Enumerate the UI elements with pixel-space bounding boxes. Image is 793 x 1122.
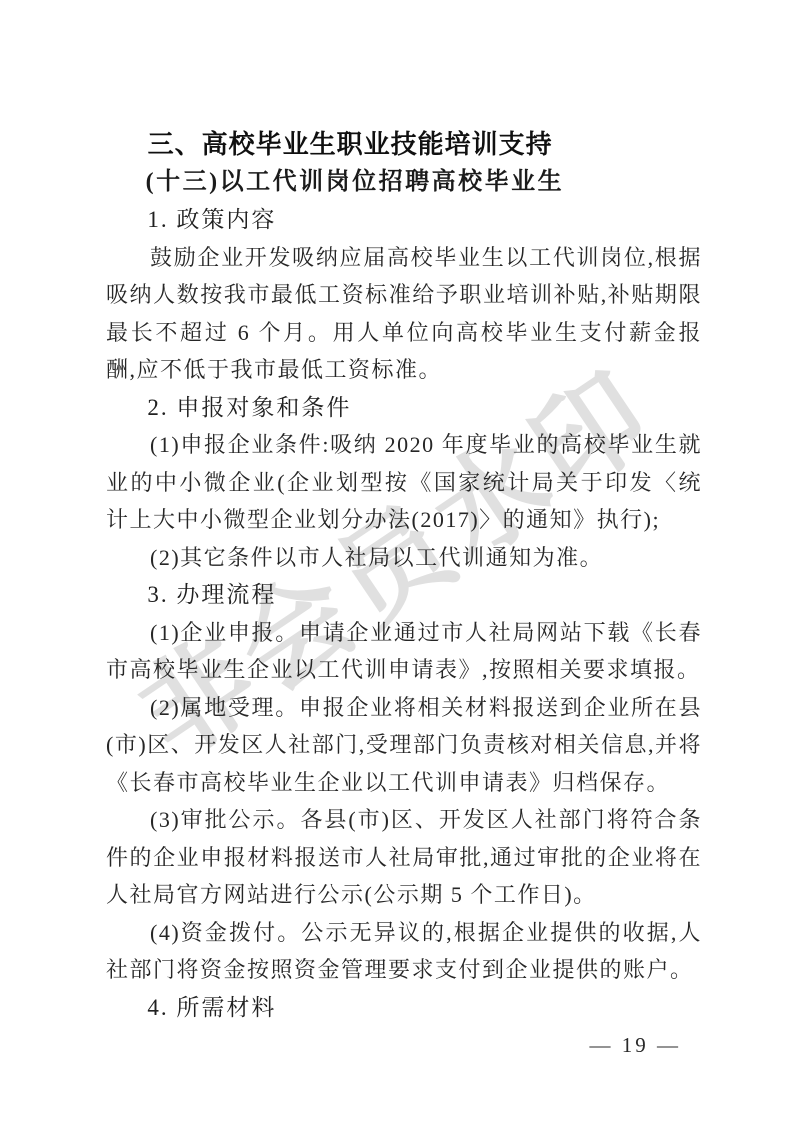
paragraph-process-step-4-payment: (4)资金拨付。公示无异议的,根据企业提供的收据,人社部门将资金按照资金管理要求…	[106, 914, 702, 989]
item-2-application-targets: 2. 申报对象和条件	[106, 389, 702, 427]
subsection-heading: (十三)以工代训岗位招聘高校毕业生	[106, 164, 702, 202]
section-heading: 三、高校毕业生职业技能培训支持	[106, 126, 702, 164]
document-page: 非会员水印 三、高校毕业生职业技能培训支持 (十三)以工代训岗位招聘高校毕业生 …	[0, 0, 793, 1122]
paragraph-application-condition-2: (2)其它条件以市人社局以工代训通知为准。	[106, 539, 702, 577]
paragraph-process-step-3-review: (3)审批公示。各县(市)区、开发区人社部门将符合条件的企业申报材料报送市人社局…	[106, 801, 702, 914]
paragraph-application-condition-1: (1)申报企业条件:吸纳 2020 年度毕业的高校毕业生就业的中小微企业(企业划…	[106, 426, 702, 539]
item-4-required-materials: 4. 所需材料	[106, 989, 702, 1027]
document-content: 三、高校毕业生职业技能培训支持 (十三)以工代训岗位招聘高校毕业生 1. 政策内…	[106, 126, 702, 1026]
paragraph-process-step-1-declare: (1)企业申报。申请企业通过市人社局网站下载《长春市高校毕业生企业以工代训申请表…	[106, 614, 702, 689]
paragraph-policy-content: 鼓励企业开发吸纳应届高校毕业生以工代训岗位,根据吸纳人数按我市最低工资标准给予职…	[106, 239, 702, 389]
item-3-process: 3. 办理流程	[106, 576, 702, 614]
item-1-policy-content: 1. 政策内容	[106, 201, 702, 239]
page-number: — 19 —	[590, 1033, 682, 1058]
paragraph-process-step-2-accept: (2)属地受理。申报企业将相关材料报送到企业所在县(市)区、开发区人社部门,受理…	[106, 689, 702, 802]
